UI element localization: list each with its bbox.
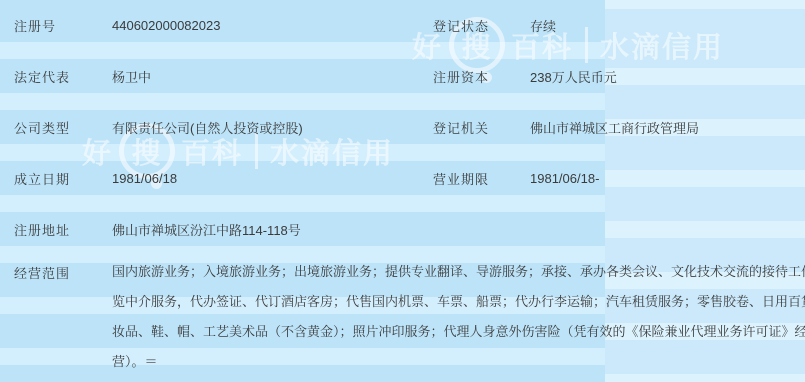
- field-establishment-date: 成立日期 1981/06/18: [14, 161, 177, 195]
- business-scope-value: 国内旅游业务；入境旅游业务；出境旅游业务；提供专业翻译、导游服务；承接、承办各类…: [112, 257, 792, 377]
- business-term-value: 1981/06/18-: [530, 171, 599, 186]
- field-business-term: 营业期限 1981/06/18-: [433, 161, 599, 195]
- company-type-value: 有限责任公司(自然人投资或控股): [112, 118, 303, 137]
- establishment-date-value: 1981/06/18: [112, 171, 177, 186]
- registered-address-label: 注册地址: [14, 220, 112, 239]
- registered-capital-label: 注册资本: [433, 67, 530, 86]
- registration-status-value: 存续: [530, 16, 556, 35]
- field-registration-status: 登记状态 存续: [433, 8, 556, 42]
- registered-capital-value: 238万人民币元: [530, 67, 617, 86]
- registration-number-value: 440602000082023: [112, 18, 220, 33]
- company-registration-info-table: 好 搜 百科 水滴信用 好 搜 百科 水滴信用 注册号 440602000082…: [0, 0, 805, 382]
- business-scope-line: 妆品、鞋、帽、工艺美术品（不含黄金）；照片冲印服务；代理人身意外伤害险（凭有效的…: [112, 317, 792, 347]
- registered-address-value: 佛山市禅城区汾江中路114-118号: [112, 220, 301, 239]
- field-legal-representative: 法定代表 杨卫中: [14, 59, 151, 93]
- field-company-type: 公司类型 有限责任公司(自然人投资或控股): [14, 110, 303, 144]
- business-scope-label: 经营范围: [14, 257, 70, 287]
- registration-status-label: 登记状态: [433, 16, 530, 35]
- registration-authority-label: 登记机关: [433, 118, 530, 137]
- registration-number-label: 注册号: [14, 16, 112, 35]
- legal-representative-label: 法定代表: [14, 67, 112, 86]
- registration-authority-value: 佛山市禅城区工商行政管理局: [530, 118, 699, 137]
- legal-representative-value: 杨卫中: [112, 67, 151, 86]
- establishment-date-label: 成立日期: [14, 169, 112, 188]
- field-registration-number: 注册号 440602000082023: [14, 8, 220, 42]
- business-scope-line: 营）。＝: [112, 347, 792, 377]
- business-scope-line: 国内旅游业务；入境旅游业务；出境旅游业务；提供专业翻译、导游服务；承接、承办各类…: [112, 257, 792, 287]
- field-registered-capital: 注册资本 238万人民币元: [433, 59, 617, 93]
- company-type-label: 公司类型: [14, 118, 112, 137]
- field-registration-authority: 登记机关 佛山市禅城区工商行政管理局: [433, 110, 699, 144]
- business-term-label: 营业期限: [433, 169, 530, 188]
- field-registered-address: 注册地址 佛山市禅城区汾江中路114-118号: [14, 212, 301, 246]
- business-scope-line: 览中介服务，代办签证、代订酒店客房；代售国内机票、车票、船票；代办行李运输；汽车…: [112, 287, 792, 317]
